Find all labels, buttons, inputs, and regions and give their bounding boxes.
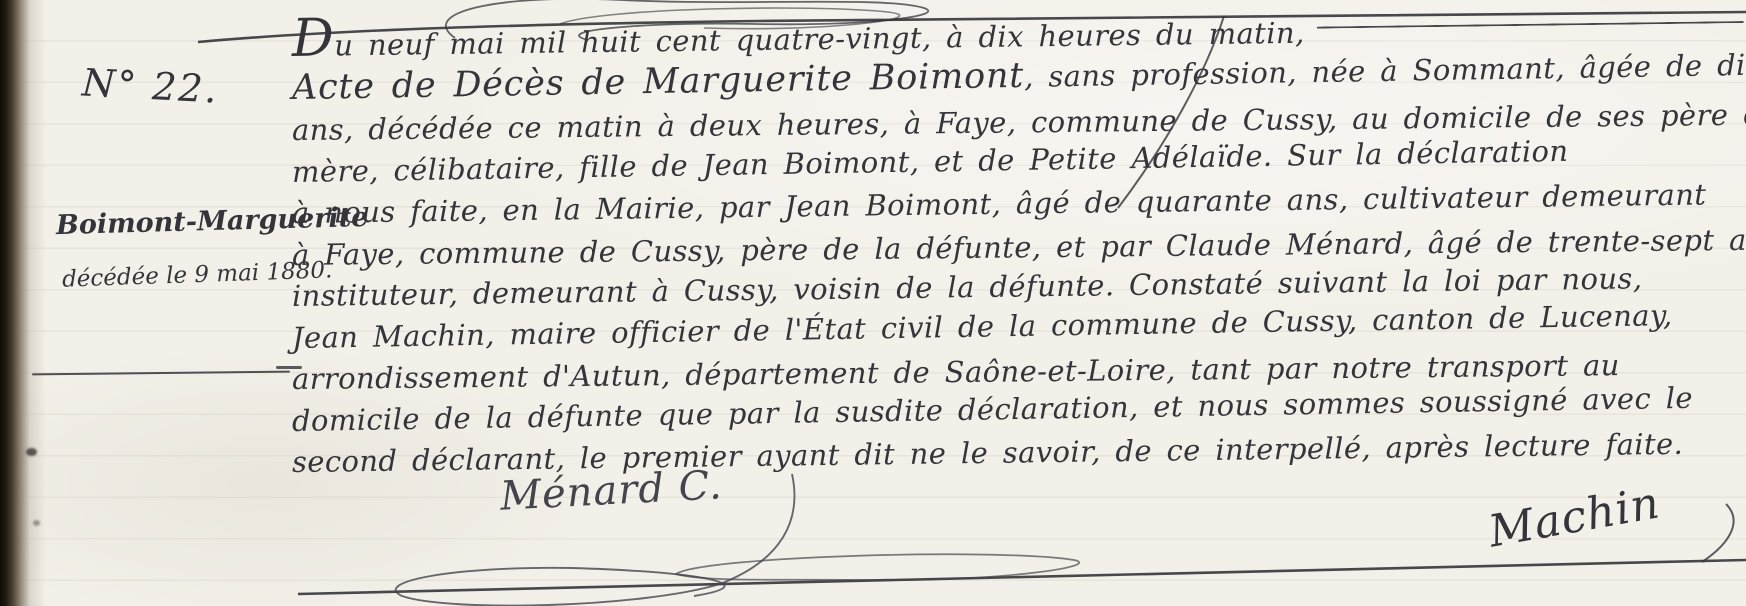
binding-shadow (0, 0, 46, 606)
signature-officer: Machin (1485, 477, 1664, 557)
death-record-page: N° 22. Boimont-Marguerite décédée le 9 m… (0, 0, 1746, 606)
officer-signature-tail (1702, 504, 1734, 562)
line-filler-rule (1316, 21, 1743, 29)
ink-blot (33, 520, 40, 526)
ink-blot (26, 448, 37, 456)
margin-underline (32, 371, 290, 376)
act-body: Du neuf mai mil huit cent quatre-vingt, … (292, 24, 1744, 484)
declarant-signature-flourish-2 (676, 554, 1079, 580)
act-number: N° 22. (81, 60, 220, 111)
bottom-rule-line (298, 560, 1746, 594)
